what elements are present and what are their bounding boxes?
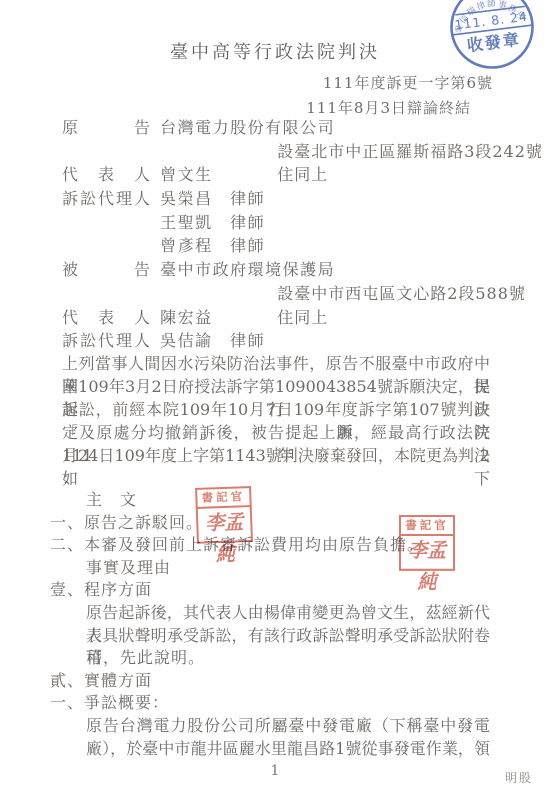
party-row: 設臺北市中正區羅斯福路3段242號: [62, 140, 502, 164]
party-name: 臺中市政府環境保護局: [160, 258, 335, 282]
party-address: 設臺北市中正區羅斯福路3段242號: [277, 140, 543, 164]
judgment-title: 臺中高等行政法院判決: [0, 38, 550, 64]
clerk-stamp: 書記官 李孟純: [195, 486, 253, 543]
body-line: 原告台灣電力股份公司所屬臺中發電廠（下稱臺中發電: [86, 715, 490, 738]
party-row: 代表人 曾文生 住同上: [62, 163, 502, 187]
party-name: 吳榮昌 律師: [160, 187, 272, 211]
clerk-stamp-title: 書記官: [399, 515, 455, 536]
intro-line: 定及原處分均撤銷」後，被告提起上訴，經最高行政法院111年2: [62, 421, 490, 444]
party-row: 代表人 陳宏益 住同上: [62, 306, 502, 330]
party-address: 設臺中市西屯區文心路2段588號: [277, 282, 526, 306]
party-row: 訴訟代理人 吳榮昌 律師: [62, 187, 502, 211]
party-row: 王聖凱 律師: [62, 211, 502, 235]
body-line: 主 文: [86, 489, 490, 512]
party-role-label: 訴訟代理人: [62, 329, 150, 353]
party-name: 陳宏益: [160, 306, 272, 330]
party-name: 台灣電力股份有限公司: [160, 116, 335, 140]
intro-line: 國109年3月2日府授法訴字第1090043854號訴願決定，提起行政: [62, 375, 490, 398]
body-line: 廠），於臺中市龍井區麗水里龍昌路1號從事發電作業，領: [86, 738, 490, 761]
party-role-label: 被告: [62, 258, 150, 282]
party-row: 訴訟代理人 吳佶諭 律師: [62, 329, 502, 353]
party-row: 原告 台灣電力股份有限公司: [62, 116, 502, 140]
party-name: 吳佶諭 律師: [160, 329, 272, 353]
party-address: 住同上: [277, 306, 328, 330]
case-intro-paragraph: 上列當事人間因水污染防治法事件，原告不服臺中市政府中華民國109年3月2日府授法…: [62, 352, 490, 490]
party-role-label: 代表人: [62, 306, 150, 330]
body-line: 貳、實體方面: [50, 670, 490, 693]
party-address: 住同上: [277, 163, 328, 187]
intro-line: 月24日109年度上字第1143號判決廢棄發回，本院更為判決如下: [62, 444, 490, 467]
intro-line: 上列當事人間因水污染防治法事件，原告不服臺中市政府中華民: [62, 352, 490, 375]
party-role-label: 訴訟代理人: [62, 187, 150, 211]
party-row: 曾彥程 律師: [62, 234, 502, 258]
party-name: 曾彥程 律師: [160, 234, 272, 258]
party-name: 王聖凱 律師: [160, 211, 272, 235]
debate-closing-date: 111年8月3日辯論終結: [51, 97, 493, 118]
clerk-stamp: 書記官 李孟純: [399, 515, 455, 570]
party-name: 曾文生: [160, 163, 272, 187]
case-number: 111年度訴更一字第6號: [73, 72, 493, 93]
party-row: 被告 臺中市政府環境保護局: [62, 258, 502, 282]
intro-line: 訴訟，前經本院109年10月7日109年度訴字第107號判決「訴願決: [62, 398, 490, 421]
body-line: 人具狀聲明承受訴訟，有該行政訴訟聲明承受訴訟狀附卷可: [86, 625, 490, 648]
clerk-stamp-signature: 李孟純: [196, 506, 253, 544]
page-number: 1: [0, 763, 550, 779]
party-row: 設臺中市西屯區文心路2段588號: [62, 282, 502, 306]
party-role-label: 代表人: [62, 163, 150, 187]
parties-block: 原告 台灣電力股份有限公司 設臺北市中正區羅斯福路3段242號 代表人 曾文生 …: [62, 116, 502, 353]
clerk-stamp-signature: 李孟純: [399, 535, 455, 571]
body-line: 一、爭訟概要：: [50, 692, 490, 715]
party-role-label: 原告: [62, 116, 150, 140]
division-label: 明股: [505, 769, 533, 786]
court-judgment-document: 吳信瑞律師事務所 111. 8. 24 收發章 臺中高等行政法院判決 111年度…: [0, 0, 550, 796]
body-line: 原告起訴後，其代表人由楊偉甫變更為曾文生，茲經新代表: [86, 602, 490, 625]
body-line: 稽，先此說明。: [86, 647, 490, 670]
